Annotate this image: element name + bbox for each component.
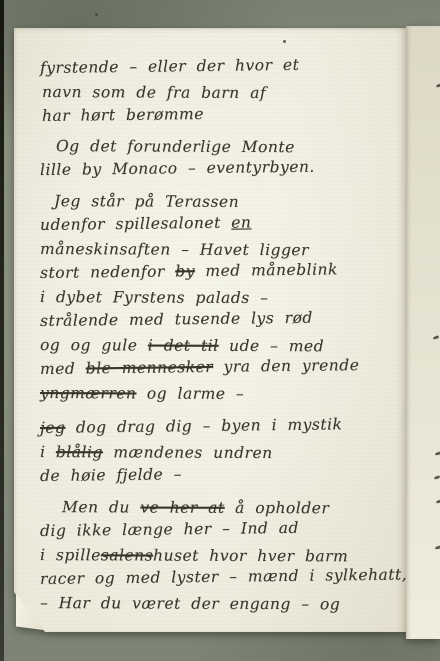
crossed-out-text: yngmærren [40, 384, 136, 402]
manuscript-line: stort nedenfor by med måneblink [40, 257, 406, 285]
handwriting-text: yra den yrende [213, 356, 359, 376]
handwriting-text: Men du [62, 498, 140, 516]
handwriting-text: mændenes undren [103, 443, 273, 462]
manuscript-line: med ble mennesker yra den yrende [40, 353, 406, 381]
handwriting-text: har hørt berømme [42, 105, 204, 125]
manuscript-line: dig ikke længe her – Ind ad [40, 515, 406, 543]
handwriting-text: ude – med [219, 337, 324, 355]
handwriting-text: og larme – [136, 384, 244, 402]
handwriting-text: med [40, 359, 86, 378]
manuscript-line: yngmærren og larme – [40, 381, 406, 407]
dust-speck [95, 13, 98, 16]
handwriting-text: – Har du været der engang – og [40, 594, 340, 613]
crossed-out-text: blålig [56, 443, 103, 461]
manuscript-line: jeg dog drag dig – byen i mystik [40, 412, 406, 440]
manuscript-line: de høie fjelde – [40, 460, 406, 488]
crossed-out-text: jeg [40, 419, 66, 437]
handwriting-text: huset hvor hver barm [153, 546, 348, 565]
handwriting-text: Og det forunderlige Monte [56, 137, 295, 156]
handwriting-text: lille by Monaco – eventyrbyen. [40, 158, 315, 179]
handwriting-text: i dybet Fyrstens palads – [40, 288, 268, 307]
handwriting-text: de høie fjelde – [40, 465, 182, 485]
handwriting-text: strålende med tusende lys rød [40, 309, 313, 330]
manuscript-line: udenfor spillesalonet en [40, 209, 406, 237]
manuscript-line: strålende med tusende lys rød [40, 305, 406, 333]
dust-speck [283, 40, 286, 43]
handwriting-text: å opholder [225, 499, 330, 517]
crossed-out-text: ve her at [140, 498, 224, 516]
handwriting-text: navn som de fra barn af [42, 83, 266, 102]
crossed-out-text: salens [101, 546, 153, 564]
handwriting-text: racer og med lyster – mænd i sylkehatt, [40, 566, 407, 588]
manuscript-line: har hørt berømme [40, 100, 406, 128]
crossed-out-text: by [175, 262, 195, 280]
scanned-manuscript-photo: fyrstende – eller der hvor etnavn som de… [0, 0, 440, 661]
handwriting-text: og og gule [40, 336, 148, 354]
crossed-out-text: i det til [148, 336, 219, 354]
handwriting-text: i spille [40, 546, 101, 564]
handwriting-text: med måneblink [195, 260, 338, 280]
handwriting-text: stort nedenfor [40, 262, 175, 282]
handwriting-text: en [231, 213, 251, 231]
handwriting-text: udenfor spillesalonet [40, 214, 231, 234]
manuscript-line: racer og med lyster – mænd i sylkehatt, [40, 563, 406, 591]
handwriting-text: dog drag dig – byen i mystik [65, 415, 342, 436]
manuscript-line: – Har du været der engang – og [40, 591, 406, 617]
handwriting-text: dig ikke længe her – Ind ad [40, 519, 299, 540]
manuscript-line: lille by Monaco – eventyrbyen. [40, 154, 406, 182]
handwriting-text: i [40, 443, 56, 461]
handwriting-text: måneskinsaften – Havet ligger [40, 240, 309, 259]
manuscript-text: fyrstende – eller der hvor etnavn som de… [40, 56, 406, 615]
manuscript-line: fyrstende – eller der hvor et [40, 52, 406, 80]
crossed-out-text: ble mennesker [86, 358, 214, 378]
handwriting-text: fyrstende – eller der hvor et [40, 56, 299, 77]
handwriting-text: Jeg står på Terassen [54, 192, 239, 211]
